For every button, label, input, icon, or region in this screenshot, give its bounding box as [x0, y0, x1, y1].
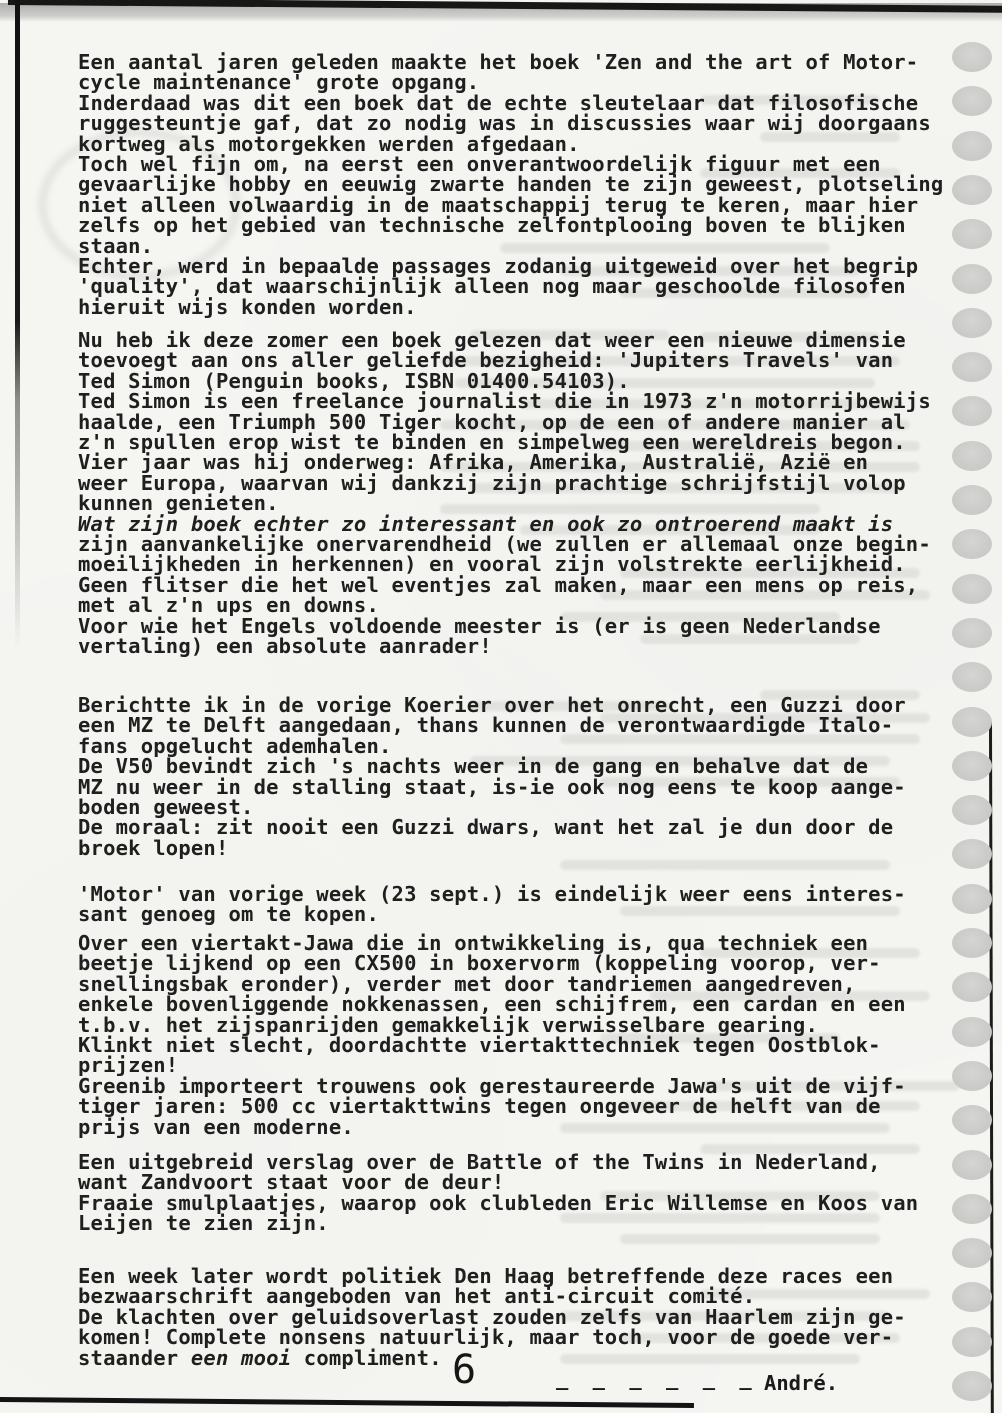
signature-dashes: _ _ _ _ _ _ [556, 1366, 758, 1390]
text-line: Echter, werd in bepaalde passages zodani… [78, 256, 958, 276]
text-line: Ted Simon is een freelance journalist di… [78, 391, 958, 411]
text-line: Ted Simon (Penguin books, ISBN 01400.541… [78, 371, 958, 391]
text-line: moeilijkheden in herkennen) en vooral zi… [78, 554, 958, 574]
text-line: zijn aanvankelijke onervarendheid (we zu… [78, 534, 958, 554]
text-line: Inderdaad was dit een boek dat de echte … [78, 93, 958, 113]
text-line: Fraaie smulplaatjes, waarop ook clublede… [78, 1193, 958, 1213]
text-line: Een week later wordt politiek Den Haag b… [78, 1266, 958, 1286]
text-line: haalde, een Triumph 500 Tiger kocht, op … [78, 412, 958, 432]
text-line: Geen flitser die het wel eventjes zal ma… [78, 575, 958, 595]
text-line: De moraal: zit nooit een Guzzi dwars, wa… [78, 817, 958, 837]
signature: André. [764, 1371, 838, 1395]
paragraph: Over een viertakt-Jawa die in ontwikkeli… [78, 933, 958, 1137]
text-line: een MZ te Delft aangedaan, thans kunnen … [78, 715, 958, 735]
text-line: bezwaarschrift aangeboden van het anti-c… [78, 1286, 958, 1306]
text-line: niet alleen volwaardig in de maatschappi… [78, 195, 958, 215]
text-line: z'n spullen erop wist te binden en simpe… [78, 432, 958, 452]
text-line: snellingsbak eronder), verder met door t… [78, 974, 958, 994]
text-line: Over een viertakt-Jawa die in ontwikkeli… [78, 933, 958, 953]
text-line: fans opgelucht ademhalen. [78, 736, 958, 756]
text-line: kortweg als motorgekken werden afgedaan. [78, 134, 958, 154]
text-line: Toch wel fijn om, na eerst een onverantw… [78, 154, 958, 174]
text-line: vertaling) een absolute aanrader! [78, 636, 958, 656]
text-line: komen! Complete nonsens natuurlijk, maar… [78, 1327, 958, 1347]
plain-text: staander [78, 1346, 191, 1370]
text-line: Greenib importeert trouwens ook gerestau… [78, 1076, 958, 1096]
text-line: kunnen genieten. [78, 493, 958, 513]
text-line: De klachten over geluidsoverlast zouden … [78, 1307, 958, 1327]
text-line: prijs van een moderne. [78, 1117, 958, 1137]
paragraph: 'Motor' van vorige week (23 sept.) is ei… [78, 884, 958, 925]
text-line: beetje lijkend op een CX500 in boxervorm… [78, 953, 958, 973]
text-line: Een uitgebreid verslag over de Battle of… [78, 1152, 958, 1172]
page-number: 6 [452, 1350, 476, 1390]
text-line: toevoegt aan ons aller geliefde bezighei… [78, 350, 958, 370]
text-line: want Zandvoort staat voor de deur! [78, 1172, 958, 1192]
text-line: gevaarlijke hobby en eeuwig zwarte hande… [78, 174, 958, 194]
paragraph: Een uitgebreid verslag over de Battle of… [78, 1152, 958, 1234]
text-line: broek lopen! [78, 838, 958, 858]
plain-text: compliment. [291, 1346, 442, 1370]
text-line: cycle maintenance' grote opgang. [78, 72, 958, 92]
text-line: enkele bovenliggende nokkenassen, een sc… [78, 994, 958, 1014]
text-line: Klinkt niet slecht, doordachtte viertakt… [78, 1035, 958, 1055]
text-line: Nu heb ik deze zomer een boek gelezen da… [78, 330, 958, 350]
text-line: staander een mooi compliment. [78, 1348, 958, 1368]
text-line: prijzen! [78, 1055, 958, 1075]
page-text: Een aantal jaren geleden maakte het boek… [0, 0, 1002, 1413]
text-line: sant genoeg om te kopen. [78, 904, 958, 924]
scanned-newsletter-page: Een aantal jaren geleden maakte het boek… [0, 0, 1002, 1413]
text-line: 'quality', dat waarschijnlijk alleen nog… [78, 276, 958, 296]
text-line: tiger jaren: 500 cc viertakttwins tegen … [78, 1096, 958, 1116]
text-line: Vier jaar was hij onderweg: Afrika, Amer… [78, 452, 958, 472]
text-line: MZ nu weer in de stalling staat, is-ie o… [78, 777, 958, 797]
paragraph: Nu heb ik deze zomer een boek gelezen da… [78, 330, 958, 657]
text-line: weer Europa, waarvan wij dankzij zijn pr… [78, 473, 958, 493]
text-line: hieruit wijs konden worden. [78, 297, 958, 317]
text-line: 'Motor' van vorige week (23 sept.) is ei… [78, 884, 958, 904]
text-line: staan. [78, 236, 958, 256]
text-line: Berichtte ik in de vorige Koerier over h… [78, 695, 958, 715]
text-line: met al z'n ups en downs. [78, 595, 958, 615]
text-line: t.b.v. het zijspanrijden gemakkelijk ver… [78, 1015, 958, 1035]
text-line: Een aantal jaren geleden maakte het boek… [78, 52, 958, 72]
paragraph: Een week later wordt politiek Den Haag b… [78, 1266, 958, 1368]
text-line: Wat zijn boek echter zo interessant en o… [78, 514, 958, 534]
text-line: Leijen te zien zijn. [78, 1213, 958, 1233]
paragraph: Een aantal jaren geleden maakte het boek… [78, 52, 958, 317]
text-line: ruggesteuntje gaf, dat zo nodig was in d… [78, 113, 958, 133]
text-line: boden geweest. [78, 797, 958, 817]
text-line: zelfs op het gebied van technische zelfo… [78, 215, 958, 235]
text-line: Voor wie het Engels voldoende meester is… [78, 616, 958, 636]
paragraph: Berichtte ik in de vorige Koerier over h… [78, 695, 958, 858]
emphasized-text: een mooi [191, 1346, 291, 1370]
text-line: De V50 bevindt zich 's nachts weer in de… [78, 756, 958, 776]
